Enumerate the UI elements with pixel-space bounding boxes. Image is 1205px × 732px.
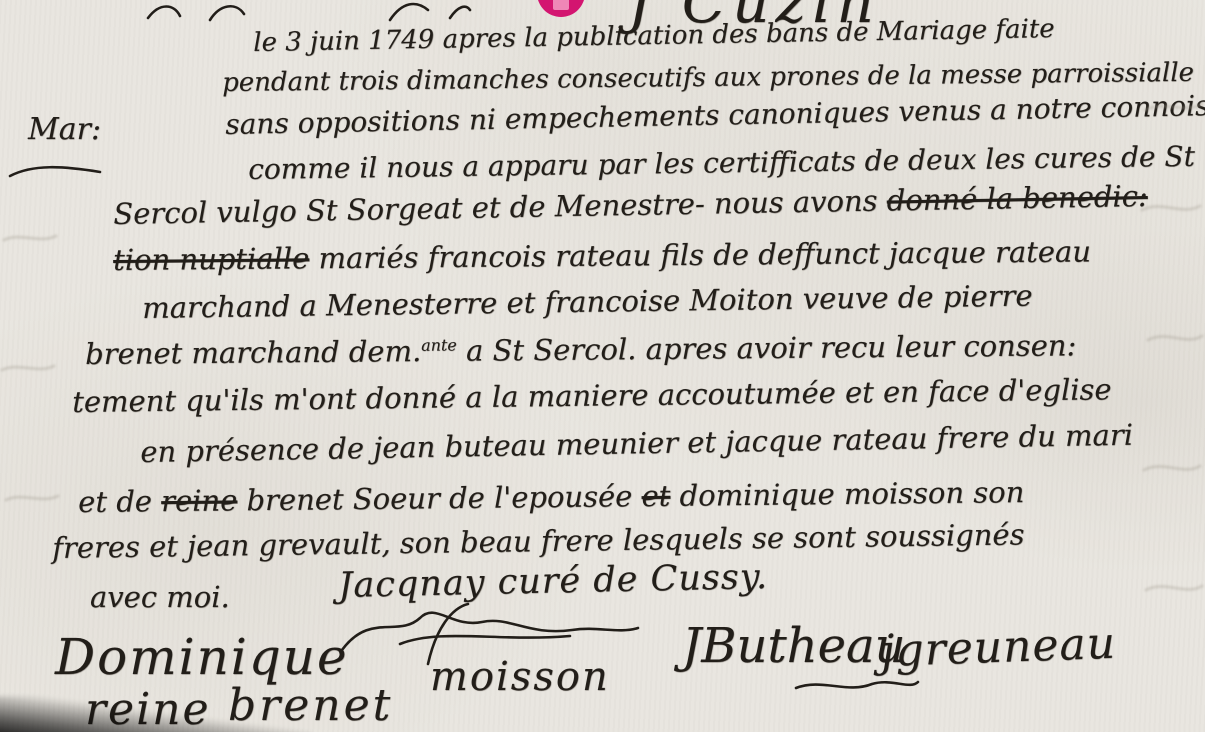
line-text: brenet marchand dem. (85, 334, 421, 371)
scan-edge-shadow (0, 696, 312, 732)
struck-text: tion nuptialle (113, 241, 309, 277)
bleed-through-marks (0, 220, 60, 520)
record-line: freres et jean grevault, son beau frere … (52, 517, 1025, 565)
pin-marker-inner-icon[interactable] (553, 0, 569, 10)
record-line: avec moi. (90, 580, 230, 614)
record-line: Sercol vulgo St Sorgeat et de Menestre- … (113, 179, 1148, 231)
signature-butheau: JButheau (682, 618, 906, 674)
bleed-through-marks (1140, 90, 1205, 630)
record-line: tion nuptialle mariés francois rateau fi… (113, 234, 1091, 277)
record-line: brenet marchand dem.ante a St Sercol. ap… (85, 328, 1076, 371)
register-scan: J Cuzin Mar: le 3 juin 1749 apres la pub… (0, 0, 1205, 732)
struck-text: et (641, 479, 670, 513)
line-text: freres et jean grevault, son beau frere … (52, 517, 1025, 565)
line-text: mariés francois rateau fils de deffunct … (309, 234, 1091, 275)
superscript-text: ante (421, 335, 457, 354)
struck-text: donné la benedic: (886, 179, 1148, 218)
line-text: dominique moisson son (670, 475, 1024, 513)
record-line: marchand a Menesterre et francoise Moito… (142, 279, 1033, 325)
struck-text: reine (161, 483, 237, 518)
line-text: Sercol vulgo St Sorgeat et de Menestre- … (113, 183, 887, 230)
line-text: avec moi. (90, 580, 230, 614)
line-text: et de (78, 484, 161, 519)
manuscript-page: { "paper_color": "#e9e6e0", "ink_color":… (0, 0, 1205, 732)
margin-note-underline (8, 160, 103, 182)
line-text: a St Sercol. apres avoir recu leur conse… (457, 328, 1077, 367)
signature-dominique: Dominique (55, 628, 349, 686)
signature-moisson: moisson (430, 654, 610, 700)
line-text: marchand a Menesterre et francoise Moito… (142, 279, 1033, 325)
line-text: brenet Soeur de l'epousée (237, 479, 642, 517)
record-line: tement qu'ils m'ont donné a la maniere a… (72, 372, 1112, 419)
line-text: tement qu'ils m'ont donné a la maniere a… (72, 372, 1112, 419)
line-text: en présence de jean buteau meunier et ja… (140, 418, 1133, 469)
signature-butheau-flourish (792, 676, 922, 696)
record-line: comme il nous a apparu par les certiffic… (248, 140, 1195, 186)
record-line: en présence de jean buteau meunier et ja… (140, 418, 1133, 469)
record-line: et de reine brenet Soeur de l'epousée et… (78, 475, 1024, 519)
line-text: comme il nous a apparu par les certiffic… (248, 140, 1195, 186)
margin-note: Mar: (28, 112, 101, 147)
signature-grevuneau: jgreuneau (880, 618, 1117, 677)
top-ink-fragment (140, 0, 470, 22)
